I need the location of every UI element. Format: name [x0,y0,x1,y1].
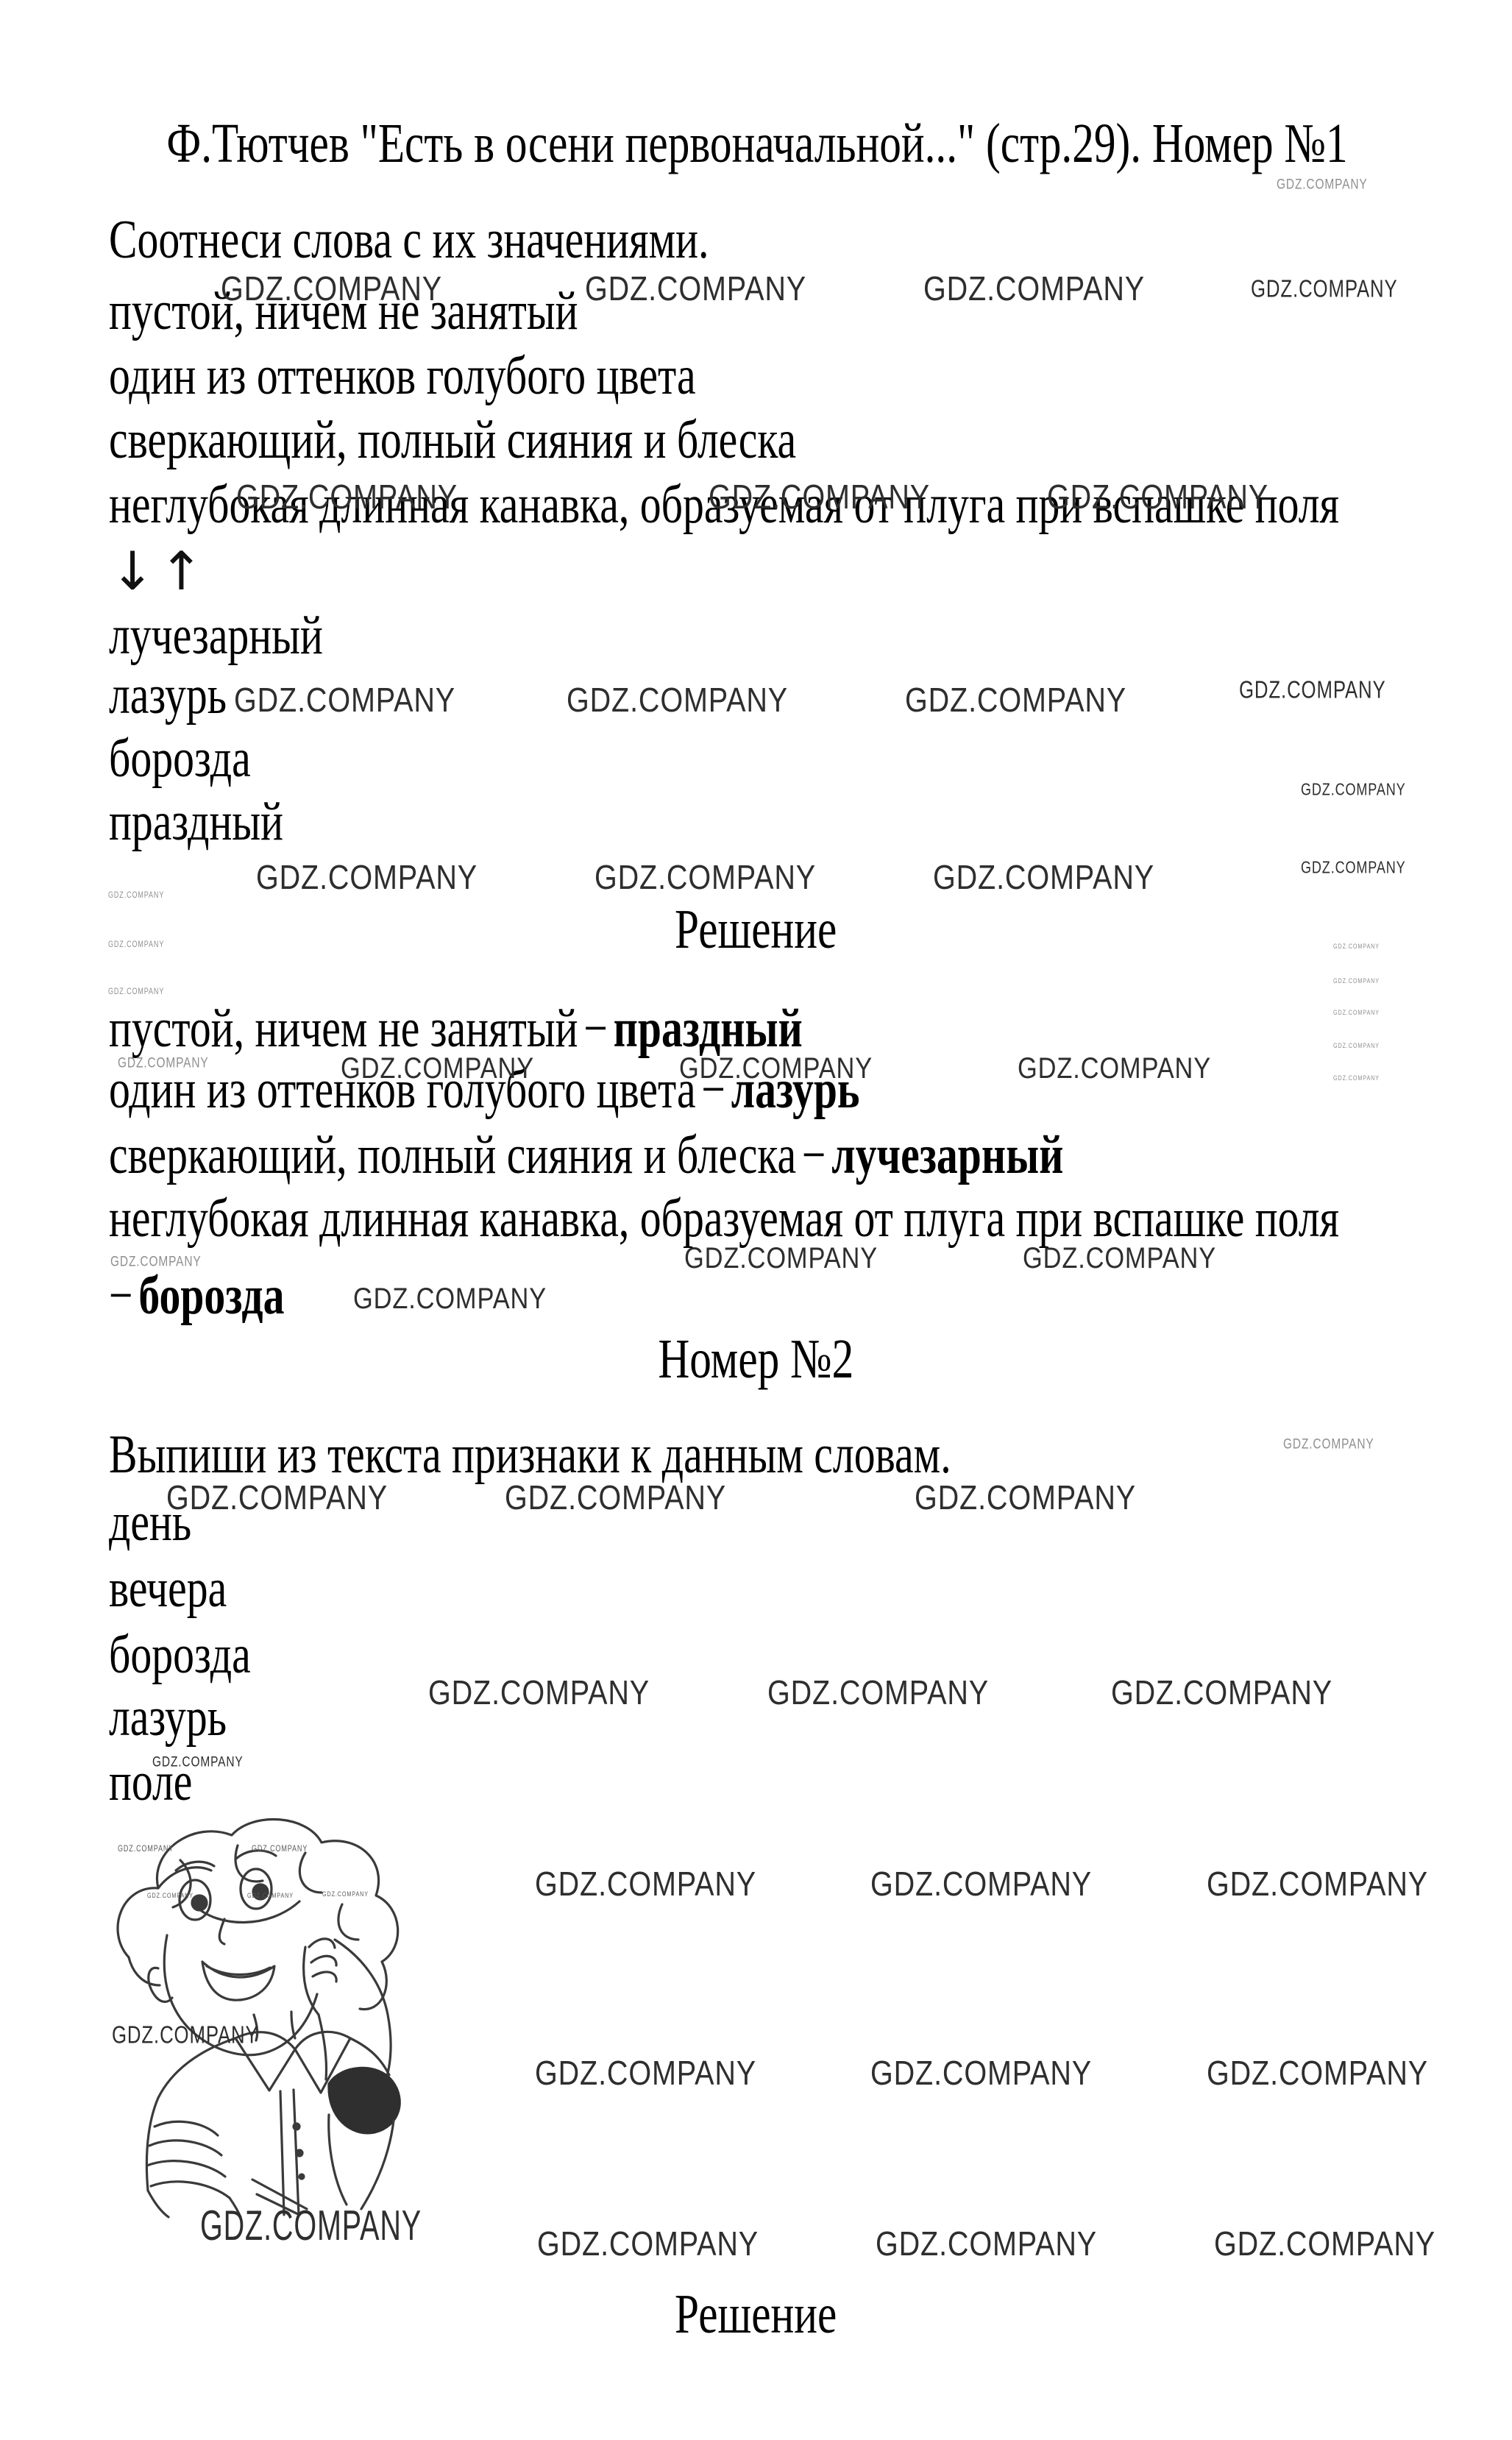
watermark: GDZ.COMPANY [166,1480,388,1514]
watermark: GDZ.COMPANY [108,892,164,901]
watermark: GDZ.COMPANY [535,1867,756,1901]
watermark: GDZ.COMPANY [322,1891,369,1898]
match-arrows-icon: ↓↑ [110,545,208,597]
task2-prompt: Выпиши из текста признаки к данным слова… [109,1428,951,1482]
watermark: GDZ.COMPANY [221,272,442,305]
answer-line: пустой, ничем не занятый−праздный [109,1001,803,1056]
watermark: GDZ.COMPANY [108,988,164,997]
word-item: борозда [109,731,251,786]
watermark: GDZ.COMPANY [1301,781,1406,798]
watermark: GDZ.COMPANY [1301,859,1406,876]
watermark: GDZ.COMPANY [1018,1054,1211,1083]
answer-line: сверкающий, полный сияния и блеска−лучез… [109,1128,1063,1182]
watermark: GDZ.COMPANY [147,1893,194,1899]
watermark: GDZ.COMPANY [505,1480,726,1514]
definition-item: один из оттенков голубого цвета [109,349,696,403]
watermark: GDZ.COMPANY [200,2204,422,2246]
watermark: GDZ.COMPANY [876,2227,1097,2260]
boy-illustration [85,1817,452,2219]
watermark: GDZ.COMPANY [905,683,1126,717]
watermark: GDZ.COMPANY [1333,1043,1380,1049]
watermark: GDZ.COMPANY [1239,678,1386,703]
watermark: GDZ.COMPANY [1333,1075,1380,1082]
watermark: GDZ.COMPANY [234,683,455,717]
watermark: GDZ.COMPANY [247,1893,294,1899]
document-page: Ф.Тютчев "Есть в осени первоначальной...… [0,0,1512,2440]
watermark: GDZ.COMPANY [535,2056,756,2090]
watermark: GDZ.COMPANY [1251,277,1398,302]
watermark: GDZ.COMPANY [252,1845,308,1854]
watermark: GDZ.COMPANY [709,480,930,514]
watermark: GDZ.COMPANY [1207,1867,1428,1901]
watermark: GDZ.COMPANY [108,941,164,950]
watermark: GDZ.COMPANY [933,860,1154,894]
watermark: GDZ.COMPANY [594,860,816,894]
task2-heading: Номер №2 [0,1331,1512,1387]
watermark: GDZ.COMPANY [110,1254,202,1269]
watermark: GDZ.COMPANY [870,2056,1092,2090]
watermark: GDZ.COMPANY [923,272,1145,305]
word-item: лучезарный [109,609,323,663]
watermark: GDZ.COMPANY [1283,1436,1374,1451]
watermark: GDZ.COMPANY [915,1480,1136,1514]
word-item: вечера [109,1561,227,1616]
watermark: GDZ.COMPANY [870,1867,1092,1901]
answer-line-wrap: −борозда [109,1269,290,1323]
word-item: борозда [109,1628,251,1682]
watermark: GDZ.COMPANY [353,1284,547,1313]
word-item: лазурь [109,668,227,723]
watermark: GDZ.COMPANY [118,1845,174,1854]
watermark: GDZ.COMPANY [1333,943,1380,950]
watermark: GDZ.COMPANY [118,1055,209,1070]
watermark: GDZ.COMPANY [152,1754,244,1769]
watermark: GDZ.COMPANY [1333,978,1380,985]
watermark: GDZ.COMPANY [1277,177,1368,191]
solution-heading: Решение [0,901,1512,957]
watermark: GDZ.COMPANY [1214,2227,1435,2260]
watermark: GDZ.COMPANY [767,1675,989,1709]
page-title: Ф.Тютчев "Есть в осени первоначальной...… [0,116,1512,171]
answer-line: неглубокая длинная канавка, образуемая о… [109,1191,1339,1246]
watermark: GDZ.COMPANY [537,2227,759,2260]
watermark: GDZ.COMPANY [1333,1010,1380,1016]
watermark: GDZ.COMPANY [428,1675,650,1709]
watermark: GDZ.COMPANY [585,272,806,305]
watermark: GDZ.COMPANY [1207,2056,1428,2090]
watermark: GDZ.COMPANY [679,1054,873,1083]
watermark: GDZ.COMPANY [684,1244,878,1273]
watermark: GDZ.COMPANY [567,683,788,717]
watermark: GDZ.COMPANY [1023,1244,1216,1273]
watermark: GDZ.COMPANY [1111,1675,1332,1709]
watermark: GDZ.COMPANY [1047,480,1268,514]
word-item: праздный [109,795,283,849]
solution-heading: Решение [0,2286,1512,2342]
watermark: GDZ.COMPANY [236,480,458,514]
task1-prompt: Соотнеси слова с их значениями. [109,213,709,267]
word-item: лазурь [109,1690,227,1745]
watermark: GDZ.COMPANY [341,1054,534,1083]
definition-item: сверкающий, полный сияния и блеска [109,413,796,467]
watermark: GDZ.COMPANY [112,2024,259,2048]
watermark: GDZ.COMPANY [256,860,478,894]
